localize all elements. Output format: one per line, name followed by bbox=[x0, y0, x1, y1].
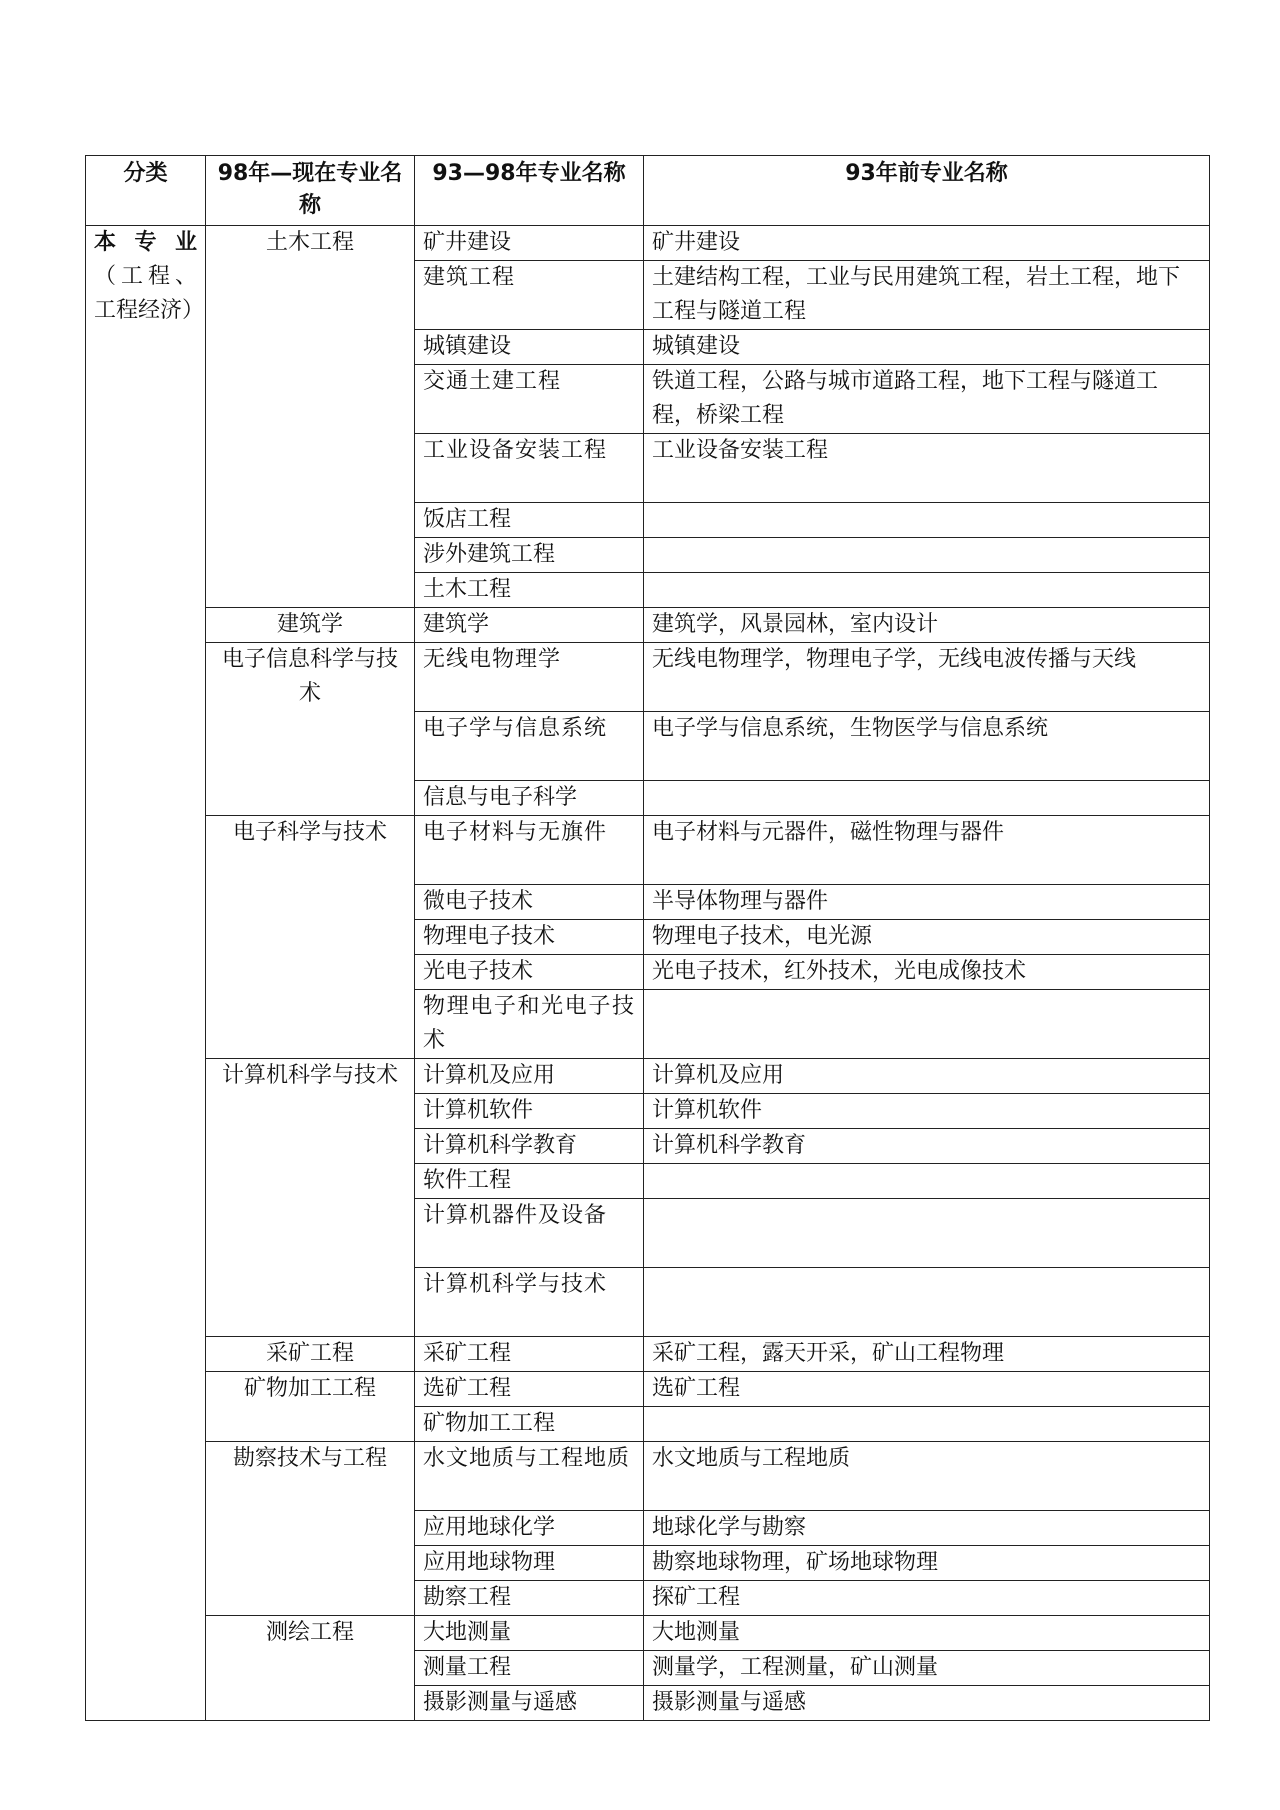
old-major-cell: 勘察地球物理，矿场地球物理 bbox=[644, 1546, 1210, 1581]
mid-major-cell: 应用地球化学 bbox=[415, 1511, 644, 1546]
old-major-cell: 地球化学与勘察 bbox=[644, 1511, 1210, 1546]
old-major-cell: 建筑学，风景园林，室内设计 bbox=[644, 608, 1210, 643]
old-major-cell: 选矿工程 bbox=[644, 1372, 1210, 1407]
old-major-cell: 摄影测量与遥感 bbox=[644, 1686, 1210, 1721]
old-major-cell: 计算机软件 bbox=[644, 1094, 1210, 1129]
mid-major-cell: 大地测量 bbox=[415, 1616, 644, 1651]
table-row: 电子信息科学与技术无线电物理学无线电物理学，物理电子学，无线电波传播与天线 bbox=[86, 643, 1210, 712]
current-major-cell: 土木工程 bbox=[206, 226, 415, 608]
table-row: 计算机科学与技术计算机及应用计算机及应用 bbox=[86, 1059, 1210, 1094]
old-major-cell bbox=[644, 503, 1210, 538]
mid-major-cell: 计算机及应用 bbox=[415, 1059, 644, 1094]
table-row: 矿物加工工程选矿工程选矿工程 bbox=[86, 1372, 1210, 1407]
old-major-cell: 城镇建设 bbox=[644, 330, 1210, 365]
old-major-cell: 半导体物理与器件 bbox=[644, 885, 1210, 920]
mid-major-cell: 涉外建筑工程 bbox=[415, 538, 644, 573]
old-major-cell: 物理电子技术，电光源 bbox=[644, 920, 1210, 955]
mid-major-cell: 采矿工程 bbox=[415, 1337, 644, 1372]
old-major-cell: 电子学与信息系统，生物医学与信息系统 bbox=[644, 712, 1210, 781]
category-main: 本专业 bbox=[94, 226, 197, 260]
old-major-cell bbox=[644, 781, 1210, 816]
table-row: 测绘工程大地测量大地测量 bbox=[86, 1616, 1210, 1651]
mid-major-cell: 计算机软件 bbox=[415, 1094, 644, 1129]
mid-major-cell: 物理电子和光电子技术 bbox=[415, 990, 644, 1059]
old-major-cell bbox=[644, 1164, 1210, 1199]
old-major-cell: 矿井建设 bbox=[644, 226, 1210, 261]
mid-major-cell: 矿物加工工程 bbox=[415, 1407, 644, 1442]
old-major-cell: 测量学，工程测量，矿山测量 bbox=[644, 1651, 1210, 1686]
header-current-name: 98年—现在专业名称 bbox=[206, 156, 415, 226]
current-major-cell: 计算机科学与技术 bbox=[206, 1059, 415, 1337]
mid-major-cell: 信息与电子科学 bbox=[415, 781, 644, 816]
old-major-cell: 探矿工程 bbox=[644, 1581, 1210, 1616]
mid-major-cell: 摄影测量与遥感 bbox=[415, 1686, 644, 1721]
mid-major-cell: 应用地球物理 bbox=[415, 1546, 644, 1581]
table-row: 勘察技术与工程水文地质与工程地质水文地质与工程地质 bbox=[86, 1442, 1210, 1511]
current-major-cell: 建筑学 bbox=[206, 608, 415, 643]
old-major-cell: 计算机及应用 bbox=[644, 1059, 1210, 1094]
category-cell: 本专业（工程、工程经济） bbox=[86, 226, 206, 1721]
old-major-cell: 土建结构工程，工业与民用建筑工程，岩土工程，地下工程与隧道工程 bbox=[644, 261, 1210, 330]
header-row: 分类 98年—现在专业名称 93—98年专业名称 93年前专业名称 bbox=[86, 156, 1210, 226]
mid-major-cell: 电子学与信息系统 bbox=[415, 712, 644, 781]
old-major-cell: 采矿工程，露天开采，矿山工程物理 bbox=[644, 1337, 1210, 1372]
old-major-cell: 计算机科学教育 bbox=[644, 1129, 1210, 1164]
major-name-mapping-table: 分类 98年—现在专业名称 93—98年专业名称 93年前专业名称 本专业（工程… bbox=[85, 155, 1210, 1721]
old-major-cell: 铁道工程，公路与城市道路工程，地下工程与隧道工程，桥梁工程 bbox=[644, 365, 1210, 434]
old-major-cell bbox=[644, 1268, 1210, 1337]
current-major-cell: 电子科学与技术 bbox=[206, 816, 415, 1059]
mid-major-cell: 软件工程 bbox=[415, 1164, 644, 1199]
mid-major-cell: 建筑工程 bbox=[415, 261, 644, 330]
old-major-cell bbox=[644, 573, 1210, 608]
mid-major-cell: 交通土建工程 bbox=[415, 365, 644, 434]
current-major-cell: 勘察技术与工程 bbox=[206, 1442, 415, 1616]
header-category: 分类 bbox=[86, 156, 206, 226]
mid-major-cell: 水文地质与工程地质 bbox=[415, 1442, 644, 1511]
mid-major-cell: 饭店工程 bbox=[415, 503, 644, 538]
old-major-cell: 无线电物理学，物理电子学，无线电波传播与天线 bbox=[644, 643, 1210, 712]
table-row: 本专业（工程、工程经济）土木工程矿井建设矿井建设 bbox=[86, 226, 1210, 261]
old-major-cell bbox=[644, 990, 1210, 1059]
mid-major-cell: 光电子技术 bbox=[415, 955, 644, 990]
old-major-cell: 电子材料与元器件，磁性物理与器件 bbox=[644, 816, 1210, 885]
mid-major-cell: 电子材料与无旗件 bbox=[415, 816, 644, 885]
old-major-cell: 光电子技术，红外技术，光电成像技术 bbox=[644, 955, 1210, 990]
mid-major-cell: 计算机科学与技术 bbox=[415, 1268, 644, 1337]
table-body: 本专业（工程、工程经济）土木工程矿井建设矿井建设建筑工程土建结构工程，工业与民用… bbox=[86, 226, 1210, 1721]
old-major-cell: 工业设备安装工程 bbox=[644, 434, 1210, 503]
table-row: 采矿工程采矿工程采矿工程，露天开采，矿山工程物理 bbox=[86, 1337, 1210, 1372]
table-row: 建筑学建筑学建筑学，风景园林，室内设计 bbox=[86, 608, 1210, 643]
mid-major-cell: 建筑学 bbox=[415, 608, 644, 643]
mid-major-cell: 城镇建设 bbox=[415, 330, 644, 365]
old-major-cell bbox=[644, 538, 1210, 573]
current-major-cell: 采矿工程 bbox=[206, 1337, 415, 1372]
old-major-cell bbox=[644, 1199, 1210, 1268]
current-major-cell: 矿物加工工程 bbox=[206, 1372, 415, 1442]
old-major-cell: 水文地质与工程地质 bbox=[644, 1442, 1210, 1511]
header-mid-name: 93—98年专业名称 bbox=[415, 156, 644, 226]
category-sub: （工程、工程经济） bbox=[94, 260, 197, 328]
mid-major-cell: 计算机器件及设备 bbox=[415, 1199, 644, 1268]
current-major-cell: 电子信息科学与技术 bbox=[206, 643, 415, 816]
mid-major-cell: 物理电子技术 bbox=[415, 920, 644, 955]
mid-major-cell: 无线电物理学 bbox=[415, 643, 644, 712]
mid-major-cell: 土木工程 bbox=[415, 573, 644, 608]
header-old-name: 93年前专业名称 bbox=[644, 156, 1210, 226]
old-major-cell: 大地测量 bbox=[644, 1616, 1210, 1651]
mid-major-cell: 勘察工程 bbox=[415, 1581, 644, 1616]
mid-major-cell: 微电子技术 bbox=[415, 885, 644, 920]
old-major-cell bbox=[644, 1407, 1210, 1442]
mid-major-cell: 计算机科学教育 bbox=[415, 1129, 644, 1164]
mid-major-cell: 选矿工程 bbox=[415, 1372, 644, 1407]
mid-major-cell: 测量工程 bbox=[415, 1651, 644, 1686]
current-major-cell: 测绘工程 bbox=[206, 1616, 415, 1721]
mid-major-cell: 工业设备安装工程 bbox=[415, 434, 644, 503]
mid-major-cell: 矿井建设 bbox=[415, 226, 644, 261]
table-row: 电子科学与技术电子材料与无旗件电子材料与元器件，磁性物理与器件 bbox=[86, 816, 1210, 885]
